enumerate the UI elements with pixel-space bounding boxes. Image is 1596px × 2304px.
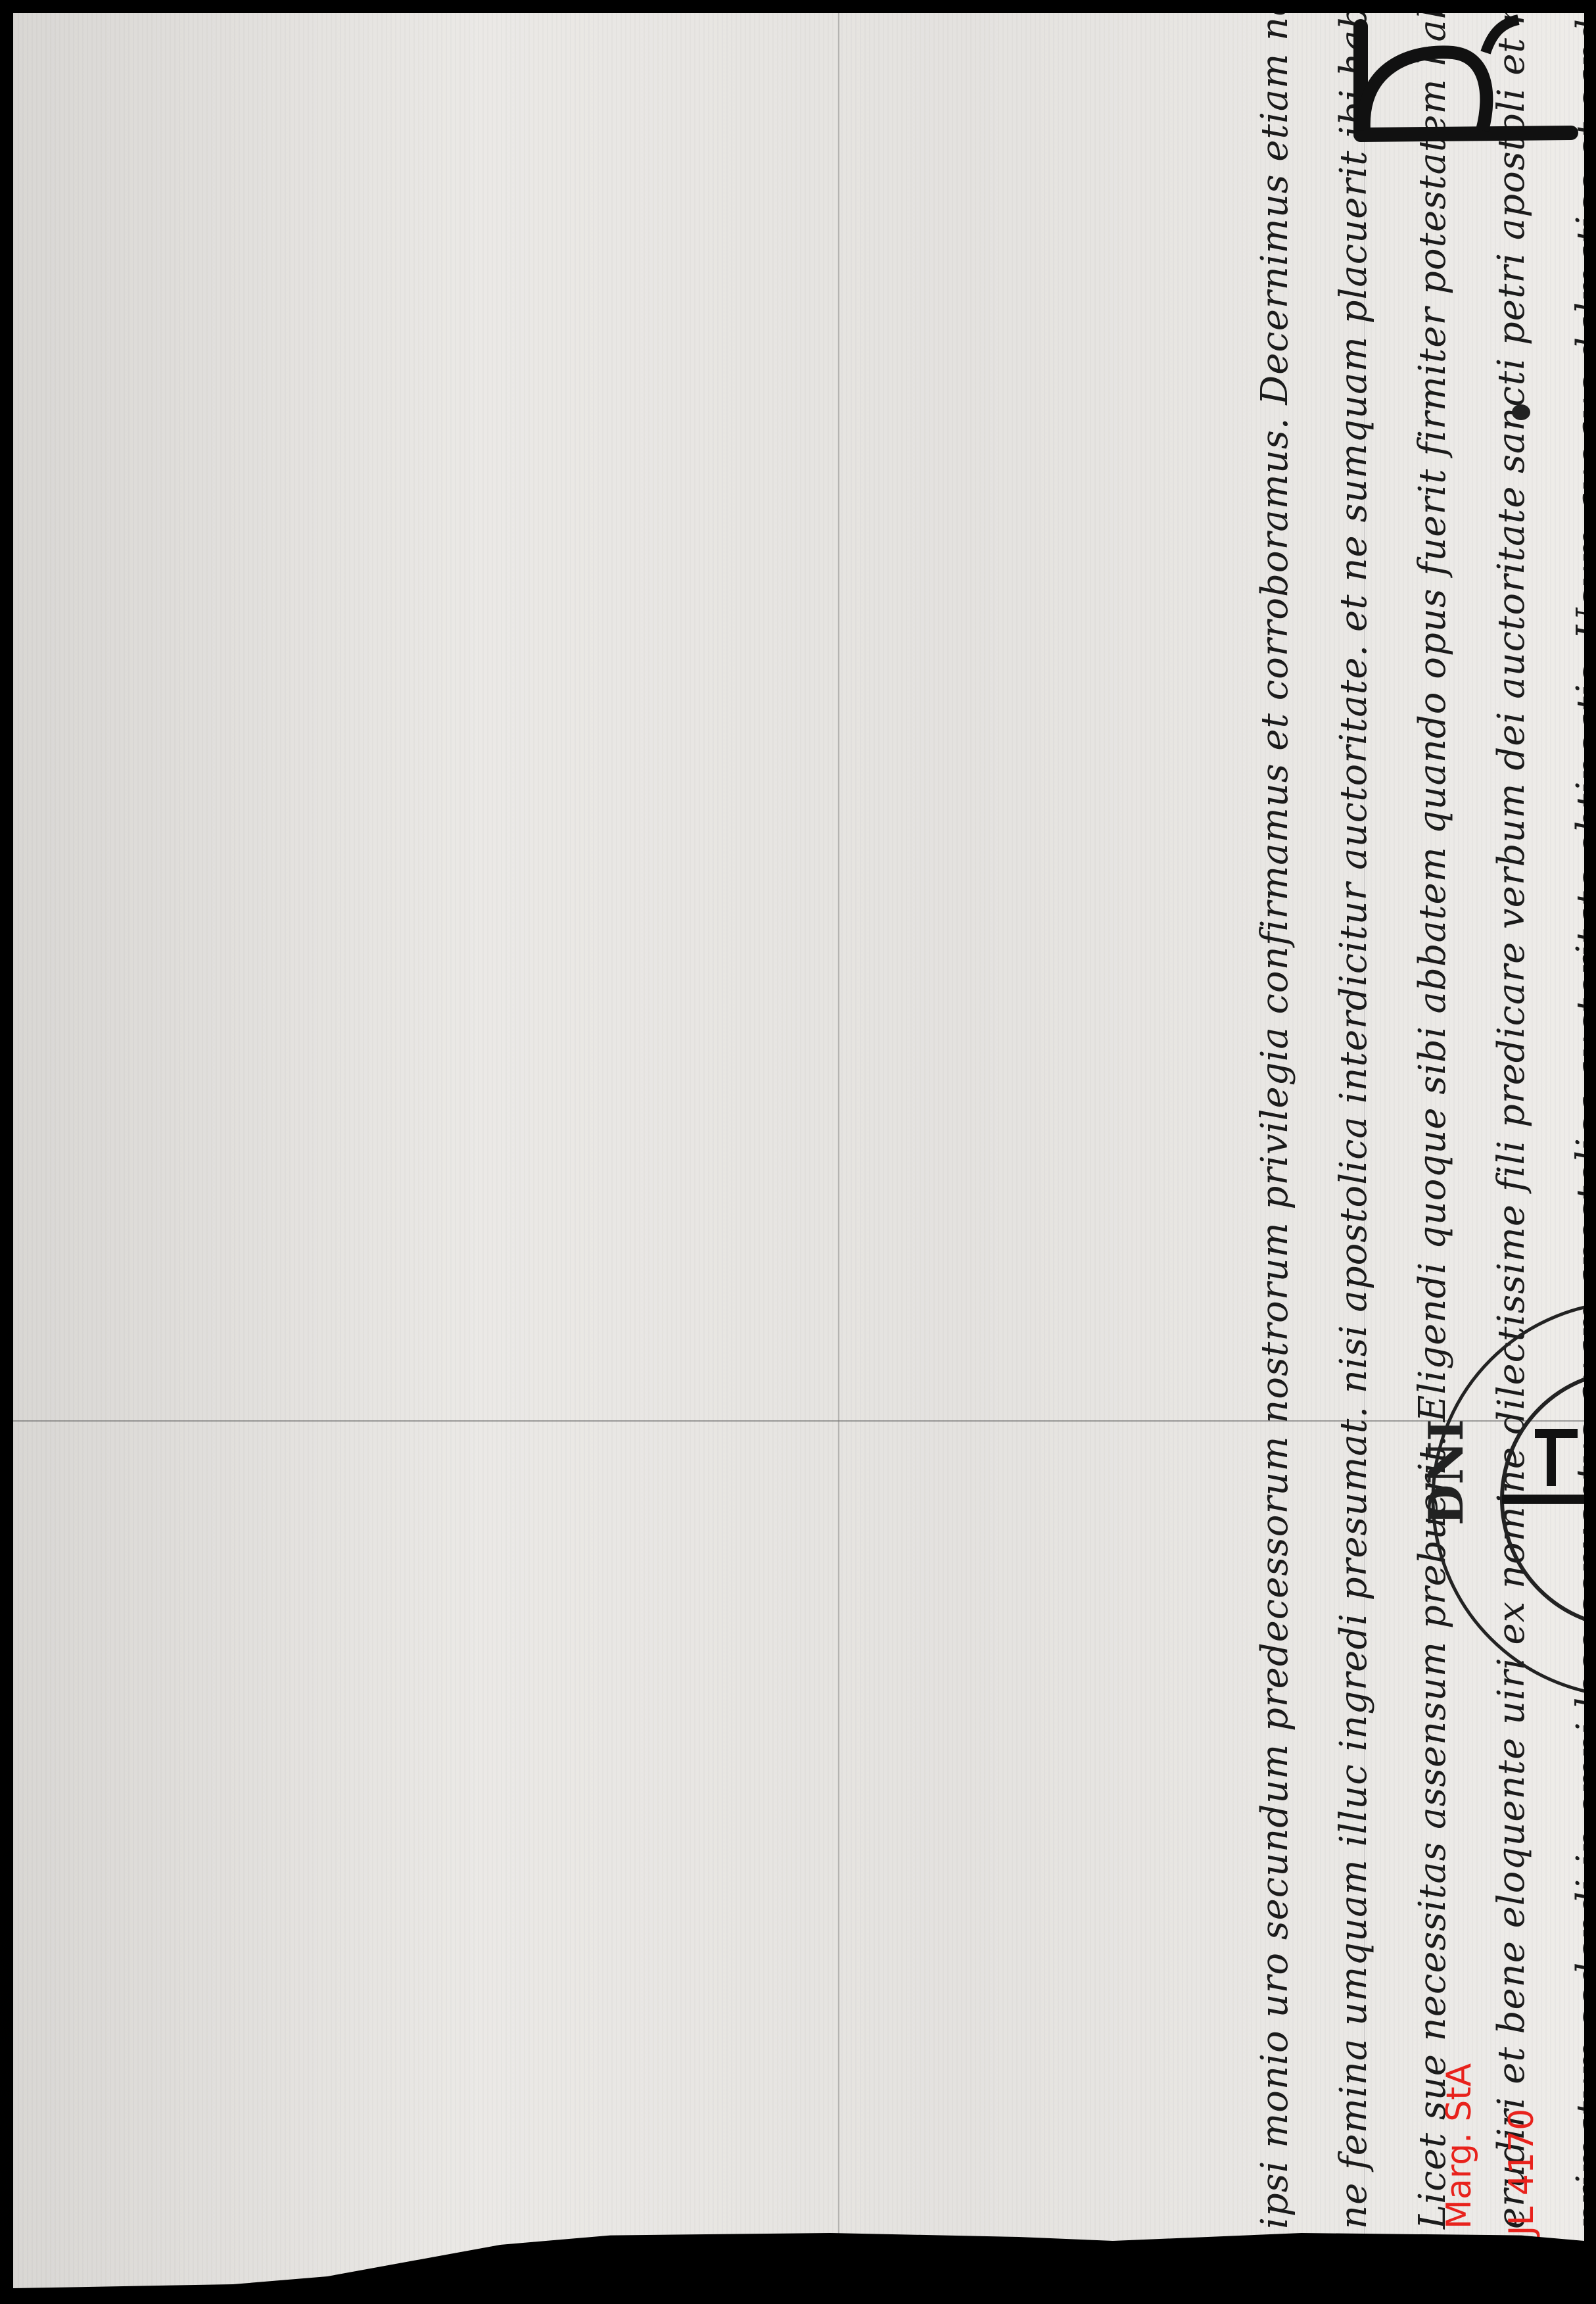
charter-text-block: ipsi monio uro secundum predecessorum no… [1236, 26, 1584, 2229]
annotation-line-2: JL 4170 [1502, 2109, 1541, 2236]
vertical-fold-line [838, 13, 839, 2288]
text-line: ipsi monio uro secundum predecessorum no… [1236, 26, 1315, 2229]
text-line: primatum sedendi in omni loco conventus … [1551, 26, 1584, 2229]
large-initial-letter [1334, 13, 1584, 210]
text-line: erudiri et bene eloquente uiri ex nomine… [1472, 26, 1551, 2229]
text-line: ne femina umquam illuc ingredi presumat.… [1315, 26, 1394, 2229]
rota-seal: DNI [1380, 1249, 1584, 1710]
text-line: Licet sue necessitas assensum prebuerit.… [1394, 26, 1472, 2229]
charter-photograph: ipsi monio uro secundum predecessorum no… [13, 13, 1584, 2288]
annotation-line-1: Marg. StA [1440, 2063, 1479, 2229]
archival-annotation: Marg. StA JL 4170 [1433, 2012, 1564, 2249]
seal-inscription: DNI [1418, 1419, 1474, 1525]
punctuation-dot [1512, 404, 1530, 420]
